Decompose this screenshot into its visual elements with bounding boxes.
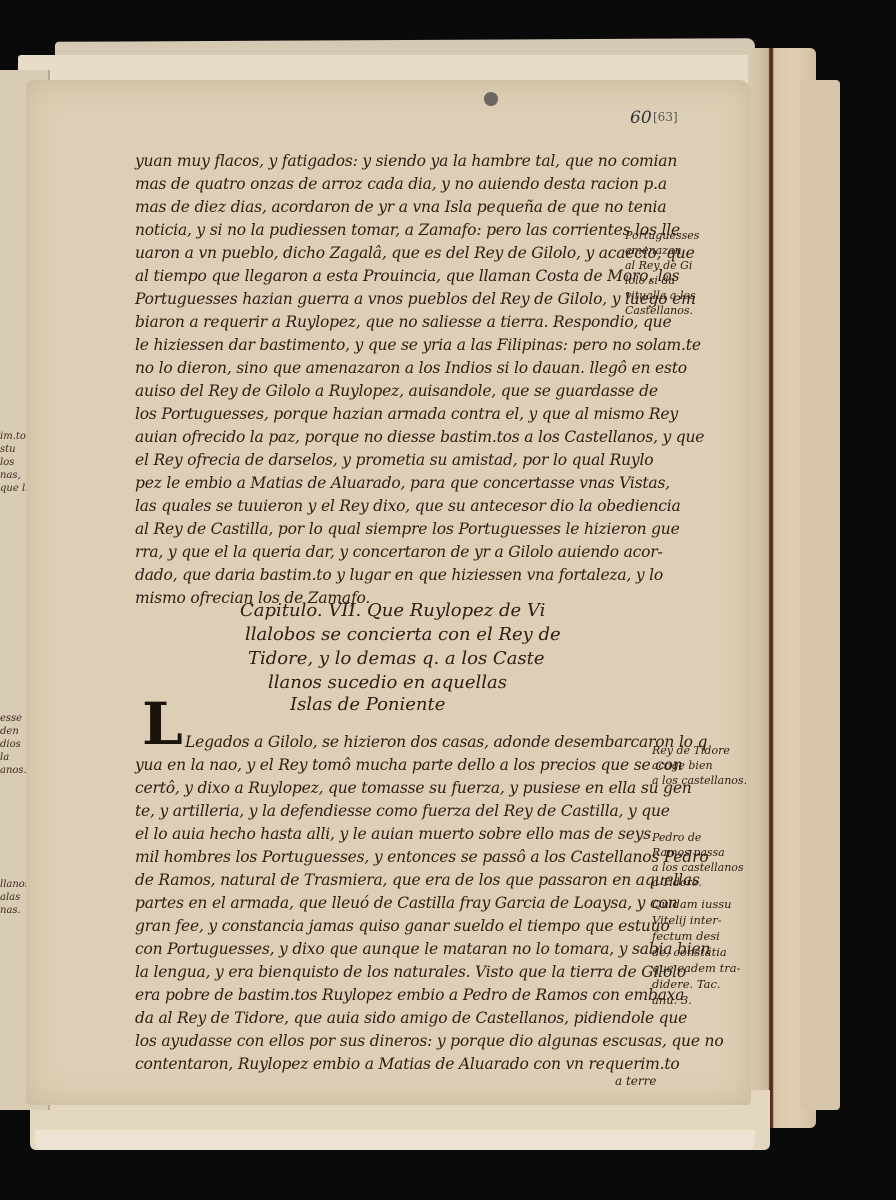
body-line: el Rey ofrecia de darselos, y prometia s… [135,451,653,469]
body-line: Legados a Gilolo, se hizieron dos casas,… [185,733,707,751]
body-line: yua en la nao, y el Rey tomô mucha parte… [135,756,683,774]
body-line: certô, y dixo a Ruylopez, que tomasse su… [135,779,692,797]
chapter-heading-line: Capitulo. VII. Que Ruylopez de Vi [240,600,545,621]
body-line: uaron a vn pueblo, dicho Zagalâ, que es … [135,244,695,262]
left-page-fragment-2: esse den dios la anos. [0,712,27,777]
marginal-note-portuguese: Portuguesses amenazan, al Rey de Gi lolo… [625,228,699,318]
body-line: le hiziessen dar bastimento, y que se yr… [135,336,701,354]
body-line: rra, y que el la queria dar, y concertar… [135,543,663,561]
body-line: los Portuguesses, porque hazian armada c… [135,405,678,423]
folio-bracket-number: [63] [653,110,678,124]
marginal-note-pedro-de-ramos: Pedro de Ramos passa a los castellanos a… [652,830,744,890]
body-line: noticia, y si no la pudiessen tomar, a Z… [135,221,680,239]
body-line: te, y artilleria, y la defendiesse como … [135,802,670,820]
body-line: yuan muy flacos, y fatigados: y siendo y… [135,152,677,170]
chapter-heading-line: Tidore, y lo demas q. a los Caste [248,648,545,669]
body-line: mas de quatro onzas de arroz cada dia, y… [135,175,667,193]
marginal-note-tidore: Rey de Tidore acoge bien a los castellan… [652,743,747,788]
catchword: a terre [615,1074,656,1088]
ink-stain [484,92,498,106]
body-line: auian ofrecido la paz, porque no diesse … [135,428,704,446]
marginal-note-latin: Quidam iussu Vitelij inter- fectum desi … [652,896,740,1008]
body-line: mil hombres los Portuguesses, y entonces… [135,848,708,866]
body-line: partes en el armada, que lleuó de Castil… [135,894,677,912]
chapter-heading-line: llalobos se concierta con el Rey de [245,624,561,645]
body-line: las quales se tuuieron y el Rey dixo, qu… [135,497,681,515]
body-line: al Rey de Castilla, por lo qual siempre … [135,520,680,538]
body-line: pez le embio a Matias de Aluarado, para … [135,474,670,492]
body-line: contentaron, Ruylopez embio a Matias de … [135,1055,680,1073]
body-line: al tiempo que llegaron a esta Prouincia,… [135,267,679,285]
paper-stack-right-torn [800,80,840,1110]
body-line: biaron a requerir a Ruylopez, que no sal… [135,313,671,331]
body-line: la lengua, y era bienquisto de los natur… [135,963,686,981]
body-line: con Portuguesses, y dixo que aunque le m… [135,940,710,958]
paper-edge-bottom-lower [35,1130,755,1150]
body-line: los ayudasse con ellos por sus dineros: … [135,1032,723,1050]
body-line: mas de diez dias, acordaron de yr a vna … [135,198,666,216]
body-line: dado, que daria bastim.to y lugar en que… [135,566,663,584]
drop-cap-initial: L [142,690,183,758]
body-line: no lo dieron, sino que amenazaron a los … [135,359,687,377]
folio-number: 60 [630,108,652,128]
body-line: auiso del Rey de Gilolo a Ruylopez, auis… [135,382,658,400]
body-line: gran fee, y constancia jamas quiso ganar… [135,917,670,935]
chapter-heading-line: Islas de Poniente [290,694,445,715]
body-line: da al Rey de Tidore, que auia sido amigo… [135,1009,687,1027]
chapter-heading-line: llanos sucedio en aquellas [268,672,507,693]
body-line: era pobre de bastim.tos Ruylopez embio a… [135,986,684,1004]
body-line: de Ramos, natural de Trasmiera, que era … [135,871,700,889]
body-line: Portuguesses hazian guerra a vnos pueblo… [135,290,696,308]
body-line: el lo auia hecho hasta alli, y le auian … [135,825,651,843]
